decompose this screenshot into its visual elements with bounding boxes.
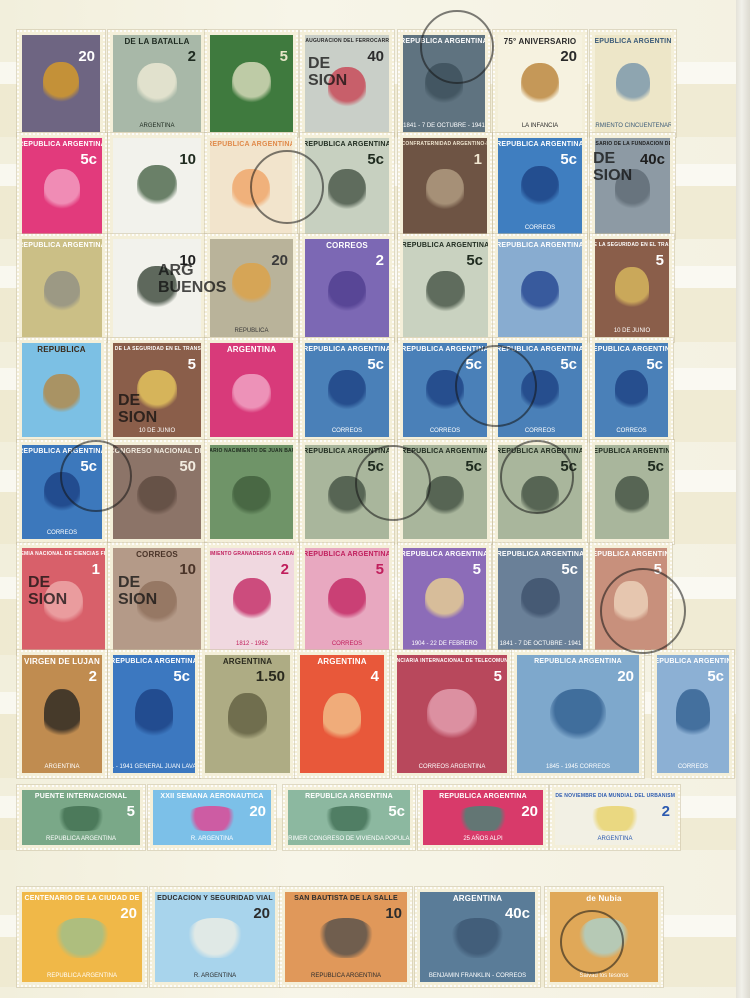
stamp-design: 10 [113,239,201,337]
stamp-caption: R. ARGENTINA [189,836,235,845]
stamp-illustration [318,918,374,958]
stamp: REPUBLICA ARGENTINA1841 - 7 DE OCTUBRE -… [398,30,490,137]
stamp-illustration [328,578,367,623]
stamp-title: REPUBLICA ARGENTINA [498,445,582,456]
stamp-title: PUENTE INTERNACIONAL [33,790,129,801]
stamp-face-value: 5c [465,357,482,372]
stamp-design: CONGRESO NACIONAL DE50 [113,445,201,539]
stamp: ARGENTINABENJAMIN FRANKLIN - CORREOS40c [415,887,540,987]
stamp-design: REPUBLICA ARGENTINA5c [22,138,102,234]
stamp-caption: CORREOS [614,428,648,437]
stamp-caption [155,335,159,337]
stamp-face-value: 5c [707,669,724,684]
stamp: ACADEMIA NACIONAL DE CIENCIAS FISICAS1 [17,543,110,655]
stamp: 10 [108,234,206,342]
stamp-title: REPUBLICA ARGENTINA [305,445,389,456]
stamp-design: REPUBLICA ARGENTINA [210,138,292,234]
stamp-face-value: 5c [367,459,384,474]
stamp-illustration [232,374,270,415]
stamp-face-value: 50 [179,459,196,474]
stamp: REPUBLICA ARGENTINACORREOS5c [590,338,673,442]
stamp-illustration [426,271,465,314]
stamp-face-value: 5c [646,357,663,372]
stamp-caption: CORREOS [330,428,364,437]
stamp-title: ARGENTINA [225,343,278,354]
stamp-title: PLENIPOTENCIARIA INTERNACIONAL DE TELECO… [397,655,507,666]
stamp-illustration [323,693,362,745]
stamp: VIRGEN DE LUJANARGENTINA2 [17,650,107,778]
stamp: REPUBLICA20 [205,234,298,342]
stamp: ARGENTINA1.50 [200,650,295,778]
stamp-title: REPUBLICA ARGENTINA [595,343,668,354]
stamp-illustration [232,169,270,211]
stamp-title: REPUBLICA ARGENTINA [403,343,487,354]
stamp-caption: 10 DE JUNIO [137,428,177,437]
stamp-caption: 1904 - 22 DE FEBRERO [409,641,479,650]
stamp-design: REPUBLICA ARGENTINA5c [403,445,487,539]
stamp-face-value: 5 [376,562,384,577]
stamp-title: REPUBLICA ARGENTINA [403,548,486,559]
stamp-caption [538,335,542,337]
stamp-caption: 1841 - 1941 GENERAL JUAN LAVALLE [113,764,195,773]
stamp-face-value: 5 [473,562,481,577]
stamp-design: 8 DE NOVIEMBRE DIA MUNDIAL DEL URBANISMO… [555,790,675,845]
stamp: CONGRESO NACIONAL DE50 [108,440,206,544]
stamp: REPUBLICA ARGENTINA [17,234,107,342]
stamp-title: INAUGURACION DEL FERROCARRIL [305,35,389,46]
stamp-face-value: 20 [249,804,266,819]
stamp-face-value: 1.50 [256,669,285,684]
stamp-title [59,35,63,37]
stamp: REPUBLICA ARGENTINA1841 - 1941 GENERAL J… [108,650,200,778]
stamp-caption: 1841 - 7 DE OCTUBRE - 1941 [403,123,485,132]
stamp-caption: PRIMER CONGRESO DE VIVIENDA POPULAR [288,836,410,845]
stamp-illustration [44,169,81,211]
stamp-design: ARGENTINA1.50 [205,655,290,773]
stamp-design: REPUBLICA ARGENTINA1841 - 7 DE OCTUBRE -… [498,548,583,650]
stamp-face-value: 1 [92,562,100,577]
stamp-illustration [615,476,649,517]
stamp-title: REPUBLICA ARGENTINA [303,790,395,801]
stamp: REPUBLICA ARGENTINA1904 - 22 DE FEBRERO5 [398,543,491,655]
stamp-caption: 1845 - 1945 CORREOS [544,764,612,773]
stamp-face-value: 5c [560,459,577,474]
stamp-illustration [328,370,367,411]
stamp-title: REPUBLICA ARGENTINA [595,35,671,46]
stamp-caption: CORREOS [676,764,710,773]
stamp-title: XXII SEMANA AERONAUTICA [158,790,265,801]
stamp-illustration [228,693,267,745]
stamp-design: ARGENTINA4 [300,655,384,773]
stamp-design: REPUBLICA ARGENTINA5c [595,445,669,539]
stamp: DIA DE LA SEGURIDAD EN EL TRANSITO10 DE … [590,234,674,342]
stamp-caption: LA INFANCIA [520,123,560,132]
stamp-illustration [44,689,81,741]
stamp-face-value: 5 [127,804,135,819]
stamp-illustration [54,806,108,830]
stamp-design: CORREOS2 [305,239,389,337]
stamp-design: VISITA DE CONFRATERNIDAD ARGENTINO-BOLIV… [403,138,487,234]
stamp-design: REPUBLICA ARGENTINA25 AÑOS ALPI20 [423,790,543,845]
stamp-title: 75° ANIVERSARIO DE LA FUNDACION DE LA PL… [595,138,670,149]
stamp-illustration [587,806,642,830]
page-edge [736,0,750,998]
stamp-caption [345,335,349,337]
stamp: REPUBLICA ARGENTINA1841 - 7 DE OCTUBRE -… [493,543,588,655]
stamp-illustration [427,689,478,741]
stamp-title: ARGENTINA [315,655,368,666]
stamp-design: REPUBLICA ARGENTINACORREOS5c [22,445,102,539]
stamp-title: REPUBLICA ARGENTINA [595,548,667,559]
stamp-design: REPUBLICA ARGENTINA1845 - 1945 CORREOS20 [517,655,639,773]
stamp-design: 20 [22,35,100,132]
stamp: PUENTE INTERNACIONALREPUBLICA ARGENTINA5 [17,785,145,850]
stamp-design: INAUGURACION DEL FERROCARRIL40 [305,35,389,132]
stamp-caption: 10 DE JUNIO [612,328,652,337]
stamp-illustration [43,374,79,415]
stamp-caption: CORREOS [523,428,557,437]
stamp-design: EDUCACION Y SEGURIDAD VIALR. ARGENTINA20 [155,892,275,982]
stamp-illustration [232,62,270,105]
stamp-title: REPUBLICA ARGENTINA [113,655,195,666]
stamp-face-value: 5c [80,152,97,167]
stamp-title [155,138,159,140]
stamp: SESQUICENTENARIO NACIMIENTO DE JUAN BAUT… [205,440,298,544]
stamp-face-value: 5 [280,49,288,64]
stamp: REPUBLICA ARGENTINA5c [493,440,587,544]
stamp: REPUBLICA ARGENTINA [205,133,297,239]
stamp-title: REPUBLICA ARGENTINA [532,655,624,666]
stamp-caption: 1841 - 7 DE OCTUBRE - 1941 [498,641,583,650]
stamp-title: REPUBLICA ARGENTINA [498,548,583,559]
stamp-illustration [615,169,650,211]
stamp-title: 8 DE NOVIEMBRE DIA MUNDIAL DEL URBANISMO [555,790,675,801]
stamp-design: 75° ANIVERSARIO DE LA FUNDACION DE LA PL… [595,138,670,234]
stamp-face-value: 20 [78,49,95,64]
stamp-design: REPUBLICA ARGENTINA5c [305,138,389,234]
stamp-design: REPUBLICA ARGENTINA5c [498,445,582,539]
stamp-caption: ARGENTINA [42,764,81,773]
stamp-caption [246,771,250,773]
stamp: REPUBLICA ARGENTINA5c [300,440,394,544]
stamp-title: VISITA DE CONFRATERNIDAD ARGENTINO-BOLIV… [403,138,487,149]
stamp-illustration [43,62,79,105]
stamp-face-value: 1 [474,152,482,167]
stamp: 20 [17,30,105,137]
stamp-design: ARGENTINA [210,343,293,437]
stamp: REPUBLICA ARGENTINASARMIENTO CINCUENTENA… [590,30,676,137]
stamp: CORREOS10 [108,543,206,655]
stamp-face-value: 40c [505,906,530,921]
stamp-caption: CORREOS [523,225,557,234]
stamp-illustration [187,918,242,958]
stamp-design: SESQUICENTENARIO NACIMIENTO DE JUAN BAUT… [210,445,293,539]
stamp-illustration [44,271,81,314]
stamp-illustration [137,476,177,517]
stamp: SAN BAUTISTA DE LA SALLEREPUBLICA ARGENT… [280,887,412,987]
stamp-title: de Nubia [584,892,623,903]
stamp-title: REPUBLICA ARGENTINA [305,138,389,149]
stamp-illustration [185,806,239,830]
stamp: 75° ANIVERSARIOLA INFANCIA20 [493,30,587,137]
stamp-face-value: 5 [188,357,196,372]
stamp-illustration [579,918,629,958]
stamp-caption: REPUBLICA [232,328,270,337]
stamp: REPUBLICA ARGENTINA5c [590,440,674,544]
stamp-illustration [44,581,82,626]
stamp-caption [60,335,64,337]
stamp-title: REPUBLICA ARGENTINA [305,548,389,559]
stamp-title: DIA DE LA SEGURIDAD EN EL TRANSITO [595,239,669,250]
stamp-face-value: 40c [640,152,665,167]
stamp-caption: Salvad los tesoros [577,973,630,982]
stamp-design: CORREOS10 [113,548,201,650]
stamp-caption: SARMIENTO CINCUENTENARIO [595,123,671,132]
stamp-caption: REPUBLICA ARGENTINA [45,973,119,982]
stamp-title: REPUBLICA [35,343,87,354]
stamp: 75° ANIVERSARIO DE LA FUNDACION DE LA PL… [590,133,675,239]
stamp-face-value: 5c [560,152,577,167]
stamp-title [250,35,254,37]
stamp-title: REPUBLICA ARGENTINA [437,790,529,801]
stamp-design: PUENTE INTERNACIONALREPUBLICA ARGENTINA5 [22,790,140,845]
stamp-design: REPUBLICA ARGENTINA [498,239,582,337]
stamp-design: VIRGEN DE LUJANARGENTINA2 [22,655,102,773]
stamp-face-value: 2 [188,49,196,64]
stamp-illustration [521,476,560,517]
stamp-caption [444,335,448,337]
stamp-title: REPUBLICA ARGENTINA [22,239,102,250]
stamp: DE LA BATALLAARGENTINA2 [108,30,206,137]
stamp-caption [155,537,159,539]
stamp-face-value: 2 [89,669,97,684]
stamp-face-value: 10 [179,253,196,268]
stamp-title: REPUBLICA ARGENTINA [403,35,485,46]
stamp-face-value: 5c [367,357,384,372]
stamp-title: VIRGEN DE LUJAN [22,655,102,666]
stamp-title: DE LA BATALLA [122,35,191,46]
stamp-illustration [550,689,606,741]
stamp-design: SAN BAUTISTA DE LA SALLEREPUBLICA ARGENT… [285,892,407,982]
stamp-caption: ARGENTINA [137,123,176,132]
stamp-illustration [425,63,463,106]
stamp: REPUBLICA ARGENTINAPRIMER CONGRESO DE VI… [283,785,415,850]
stamp-title: CONGRESO NACIONAL DE [113,445,201,456]
stamp-title: REPUBLICA ARGENTINA [498,138,582,149]
stamp-design: REPUBLICA ARGENTINA [22,239,102,337]
stamp-face-value: 5c [173,669,190,684]
stamp-caption [538,537,542,539]
stamp-caption [345,537,349,539]
stamp-title: ARGENTINA [221,655,274,666]
stamp-design: REPUBLICA ARGENTINA1841 - 1941 GENERAL J… [113,655,195,773]
stamp-title: DIA DE LA SEGURIDAD EN EL TRANSITO [113,343,201,354]
stamp-face-value: 20 [253,906,270,921]
stamp-illustration [426,370,465,411]
stamp: 150° ANIVERSARIO REGIMIENTO GRANADEROS A… [205,543,299,655]
stamp-title: REPUBLICA ARGENTINA [22,445,102,456]
stamp: REPUBLICA ARGENTINA25 AÑOS ALPI20 [418,785,548,850]
stamp-design: DIA DE LA SEGURIDAD EN EL TRANSITO10 DE … [595,239,669,337]
stamp-face-value: 40 [367,49,384,64]
stamp-design: REPUBLICA ARGENTINACORREOS5c [498,343,582,437]
stamp-illustration [615,370,649,411]
stamp-title: CORREOS [134,548,180,559]
stamp-design: REPUBLICA20 [210,239,293,337]
stamp-caption: BENJAMIN FRANKLIN - CORREOS [427,973,528,982]
stamp-title: REPUBLICA ARGENTINA [403,445,487,456]
stamp-title: REPUBLICA ARGENTINA [498,239,582,250]
stamp-design: REPUBLICA ARGENTINACORREOS5c [305,343,389,437]
stamp-caption: CORREOS ARGENTINA [417,764,488,773]
stamp-face-value: 20 [560,49,577,64]
stamp-design: 10 [113,138,201,234]
stamp-title: 150° ANIVERSARIO REGIMIENTO GRANADEROS A… [210,548,294,559]
stamp-design: 150° ANIVERSARIO REGIMIENTO GRANADEROS A… [210,548,294,650]
stamp-face-value: 10 [179,152,196,167]
stamp-illustration [328,476,367,517]
stamp-illustration [321,806,377,830]
stamp: REPUBLICA ARGENTINA5c [398,234,493,342]
stamp: ARGENTINA4 [295,650,389,778]
stamp-illustration [616,63,651,106]
stamp: REPUBLICA ARGENTINA5c [300,133,394,239]
stamp-design: 75° ANIVERSARIOLA INFANCIA20 [498,35,582,132]
stamp-design: DIA DE LA SEGURIDAD EN EL TRANSITO10 DE … [113,343,201,437]
stamp-title: ARGENTINA [451,892,504,903]
stamp-design: DE LA BATALLAARGENTINA2 [113,35,201,132]
stamp-illustration [521,578,560,623]
stamp-design: REPUBLICA ARGENTINAPRIMER CONGRESO DE VI… [288,790,410,845]
stamp-title: REPUBLICA ARGENTINA [498,343,582,354]
stamp-face-value: 5c [80,459,97,474]
stamp-design: REPUBLICA ARGENTINA5 [595,548,667,650]
stamp-title [155,239,159,241]
stamp-face-value: 5 [494,669,502,684]
stamp: EDUCACION Y SEGURIDAD VIALR. ARGENTINA20 [150,887,280,987]
stamp-face-value: 20 [120,906,137,921]
stamp-design: 5 [210,35,293,132]
stamp: de NubiaSalvad los tesoros [545,887,663,987]
stamp: REPUBLICA ARGENTINA5c [17,133,107,239]
stamp-face-value: 4 [371,669,379,684]
stamp: REPUBLICA ARGENTINACORREOS5c [17,440,107,544]
stamp-caption [60,435,64,437]
stamp: CENTENARIO DE LA CIUDAD DEREPUBLICA ARGE… [17,887,147,987]
stamp-title: REPUBLICA ARGENTINA [657,655,729,666]
stamp-illustration [54,918,109,958]
album-page: 20DE LA BATALLAARGENTINA25INAUGURACION D… [0,0,750,998]
stamp-design: REPUBLICA ARGENTINACORREOS5 [305,548,389,650]
stamp: INAUGURACION DEL FERROCARRIL40 [300,30,394,137]
stamp-caption [443,537,447,539]
stamp-illustration [232,263,270,306]
stamp-design: REPUBLICA ARGENTINACORREOS5c [657,655,729,773]
stamp: REPUBLICA ARGENTINACORREOS5c [493,133,587,239]
stamp-design: REPUBLICA ARGENTINACORREOS5c [403,343,487,437]
stamp-illustration [233,578,272,623]
stamp-illustration [451,918,504,958]
stamp-illustration [137,63,177,106]
stamp-face-value: 2 [662,804,670,819]
stamp-title: REPUBLICA ARGENTINA [210,138,292,149]
stamp-caption [630,537,634,539]
stamp: 8 DE NOVIEMBRE DIA MUNDIAL DEL URBANISMO… [550,785,680,850]
stamp-illustration [521,63,560,106]
stamp-title: REPUBLICA ARGENTINA [595,445,669,456]
stamp-title: CENTENARIO DE LA CIUDAD DE [23,892,142,903]
stamp-face-value: 10 [179,562,196,577]
stamp-title: ACADEMIA NACIONAL DE CIENCIAS FISICAS [22,548,105,559]
stamp: REPUBLICA ARGENTINA1845 - 1945 CORREOS20 [512,650,644,778]
stamp-face-value: 5c [465,459,482,474]
stamp-caption [250,130,254,132]
stamp: REPUBLICA ARGENTINACORREOS5 [300,543,394,655]
stamp-design: ARGENTINABENJAMIN FRANKLIN - CORREOS40c [420,892,535,982]
stamp-caption: CORREOS [45,530,79,539]
stamp: PLENIPOTENCIARIA INTERNACIONAL DE TELECO… [392,650,512,778]
stamp: REPUBLICA ARGENTINA5c [398,440,492,544]
stamp-caption: ARGENTINA [595,836,634,845]
stamp-caption: REPUBLICA ARGENTINA [44,836,118,845]
stamp-design: REPUBLICA [22,343,101,437]
stamp-illustration [425,578,463,623]
stamp-title: REPUBLICA ARGENTINA [22,138,102,149]
stamp-title: CORREOS [324,239,370,250]
stamp-face-value: 5c [466,253,483,268]
stamp-design: REPUBLICA ARGENTINACORREOS5c [498,138,582,234]
stamp-illustration [426,476,465,517]
stamp-face-value: 5 [656,253,664,268]
stamp-title: SAN BAUTISTA DE LA SALLE [292,892,400,903]
stamp-face-value: 20 [617,669,634,684]
stamp-illustration [521,271,560,314]
stamp: ARGENTINA [205,338,298,442]
stamp-face-value: 5c [388,804,405,819]
stamp-illustration [676,689,709,741]
stamp-face-value: 20 [521,804,538,819]
stamp-illustration [137,266,177,309]
stamp-design: XXII SEMANA AERONAUTICAR. ARGENTINA20 [153,790,271,845]
stamp-illustration [615,267,649,310]
stamp-design: REPUBLICA ARGENTINASARMIENTO CINCUENTENA… [595,35,671,132]
stamp-illustration [426,169,465,211]
stamp-caption [340,771,344,773]
stamp-illustration [44,472,81,513]
stamp: REPUBLICA ARGENTINA5 [590,543,672,655]
stamp-illustration [521,370,560,411]
stamp-illustration [232,476,270,517]
stamp-design: REPUBLICA ARGENTINA5c [403,239,488,337]
stamp-caption [250,537,254,539]
stamp-illustration [137,581,177,626]
stamp-design: PLENIPOTENCIARIA INTERNACIONAL DE TELECO… [397,655,507,773]
stamp-design: de NubiaSalvad los tesoros [550,892,658,982]
stamp-illustration [135,689,173,741]
stamp: DIA DE LA SEGURIDAD EN EL TRANSITO10 DE … [108,338,206,442]
stamp-face-value: 10 [385,906,402,921]
stamp-caption: 25 AÑOS ALPI [461,836,504,845]
stamp: REPUBLICA ARGENTINACORREOS5c [300,338,394,442]
stamp-illustration [455,806,510,830]
stamp-design: CENTENARIO DE LA CIUDAD DEREPUBLICA ARGE… [22,892,142,982]
stamp: REPUBLICA ARGENTINACORREOS5c [493,338,587,442]
stamp-illustration [328,271,367,314]
stamp: REPUBLICA ARGENTINACORREOS5c [398,338,492,442]
stamp-face-value: 5c [647,459,664,474]
stamp-caption: CORREOS [428,428,462,437]
stamp-title: REPUBLICA ARGENTINA [305,343,389,354]
